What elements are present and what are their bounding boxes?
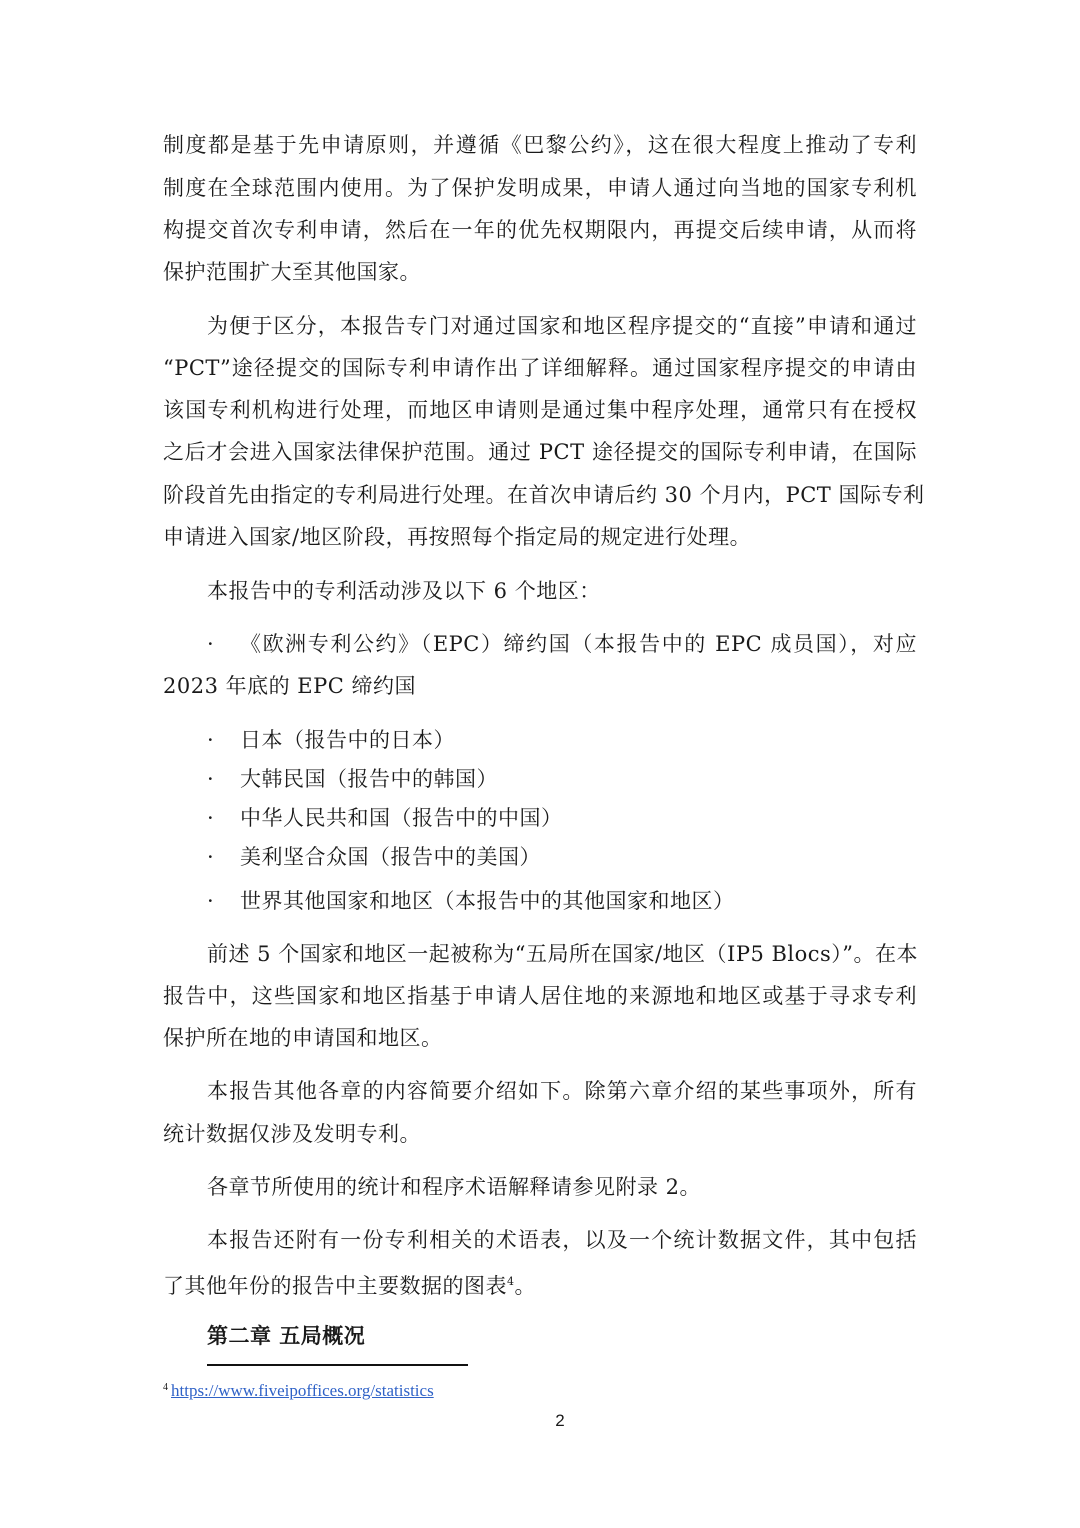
paragraph-4-line-3: 保护所在地的申请国和地区。: [163, 1024, 917, 1052]
paragraph-2-line-2: “PCT”途径提交的国际专利申请作出了详细解释。通过国家程序提交的申请由: [163, 354, 917, 382]
chapter-heading: 第二章 五局概况: [207, 1322, 365, 1350]
paragraph-4-line-2: 报告中，这些国家和地区指基于申请人居住地的来源地和地区或基于寻求专利: [163, 982, 917, 1010]
bullet-epc-line-1: 《欧洲专利公约》（EPC）缔约国（本报告中的 EPC 成员国），对应: [240, 630, 917, 658]
bullet-epc-line-2: 2023 年底的 EPC 缔约国: [163, 672, 917, 700]
bullet-marker: ·: [207, 843, 214, 871]
page-number: 2: [0, 1411, 1080, 1431]
bullet-item-japan: 日本（报告中的日本）: [240, 726, 455, 754]
bullet-item-china: 中华人民共和国（报告中的中国）: [240, 804, 563, 832]
footnote-link[interactable]: https://www.fiveipoffices.org/statistics: [171, 1381, 434, 1400]
footnote-separator: [207, 1364, 468, 1366]
paragraph-5-line-1: 本报告其他各章的内容简要介绍如下。除第六章介绍的某些事项外，所有: [207, 1077, 917, 1105]
footnote-number: 4: [163, 1382, 168, 1393]
paragraph-1-line-3: 构提交首次专利申请，然后在一年的优先权期限内，再提交后续申请，从而将: [163, 216, 917, 244]
paragraph-1-line-1: 制度都是基于先申请原则，并遵循《巴黎公约》，这在很大程度上推动了专利: [163, 131, 917, 159]
bullet-marker: ·: [207, 765, 214, 793]
paragraph-2-line-6: 申请进入国家/地区阶段，再按照每个指定局的规定进行处理。: [163, 523, 917, 551]
paragraph-7-line-2: 了其他年份的报告中主要数据的图表4。: [163, 1268, 917, 1300]
bullet-item-korea: 大韩民国（报告中的韩国）: [240, 765, 498, 793]
bullet-item-usa: 美利坚合众国（报告中的美国）: [240, 843, 541, 871]
paragraph-3: 本报告中的专利活动涉及以下 6 个地区：: [207, 577, 917, 605]
bullet-item-rest-of-world: 世界其他国家和地区（本报告中的其他国家和地区）: [240, 887, 735, 915]
paragraph-7-text: 了其他年份的报告中主要数据的图表: [163, 1274, 507, 1298]
footnote: 4https://www.fiveipoffices.org/statistic…: [163, 1376, 434, 1403]
paragraph-6: 各章节所使用的统计和程序术语解释请参见附录 2。: [207, 1173, 917, 1201]
bullet-marker: ·: [207, 887, 214, 915]
bullet-marker: ·: [207, 804, 214, 832]
paragraph-2-line-5: 阶段首先由指定的专利局进行处理。在首次申请后约 30 个月内，PCT 国际专利: [163, 481, 917, 509]
paragraph-7-end: 。: [515, 1274, 537, 1298]
paragraph-2-line-1: 为便于区分，本报告专门对通过国家和地区程序提交的“直接”申请和通过: [207, 312, 917, 340]
document-page: 制度都是基于先申请原则，并遵循《巴黎公约》，这在很大程度上推动了专利 制度在全球…: [0, 0, 1080, 1528]
paragraph-7-line-1: 本报告还附有一份专利相关的术语表，以及一个统计数据文件，其中包括: [207, 1226, 917, 1254]
paragraph-2-line-3: 该国专利机构进行处理，而地区申请则是通过集中程序处理，通常只有在授权: [163, 396, 917, 424]
footnote-reference[interactable]: 4: [507, 1275, 515, 1288]
bullet-marker: ·: [207, 630, 214, 658]
paragraph-4-line-1: 前述 5 个国家和地区一起被称为“五局所在国家/地区（IP5 Blocs）”。在…: [207, 940, 917, 968]
paragraph-5-line-2: 统计数据仅涉及发明专利。: [163, 1120, 917, 1148]
bullet-marker: ·: [207, 726, 214, 754]
paragraph-2-line-4: 之后才会进入国家法律保护范围。通过 PCT 途径提交的国际专利申请，在国际: [163, 438, 917, 466]
paragraph-1-line-4: 保护范围扩大至其他国家。: [163, 258, 917, 286]
paragraph-1-line-2: 制度在全球范围内使用。为了保护发明成果，申请人通过向当地的国家专利机: [163, 174, 917, 202]
